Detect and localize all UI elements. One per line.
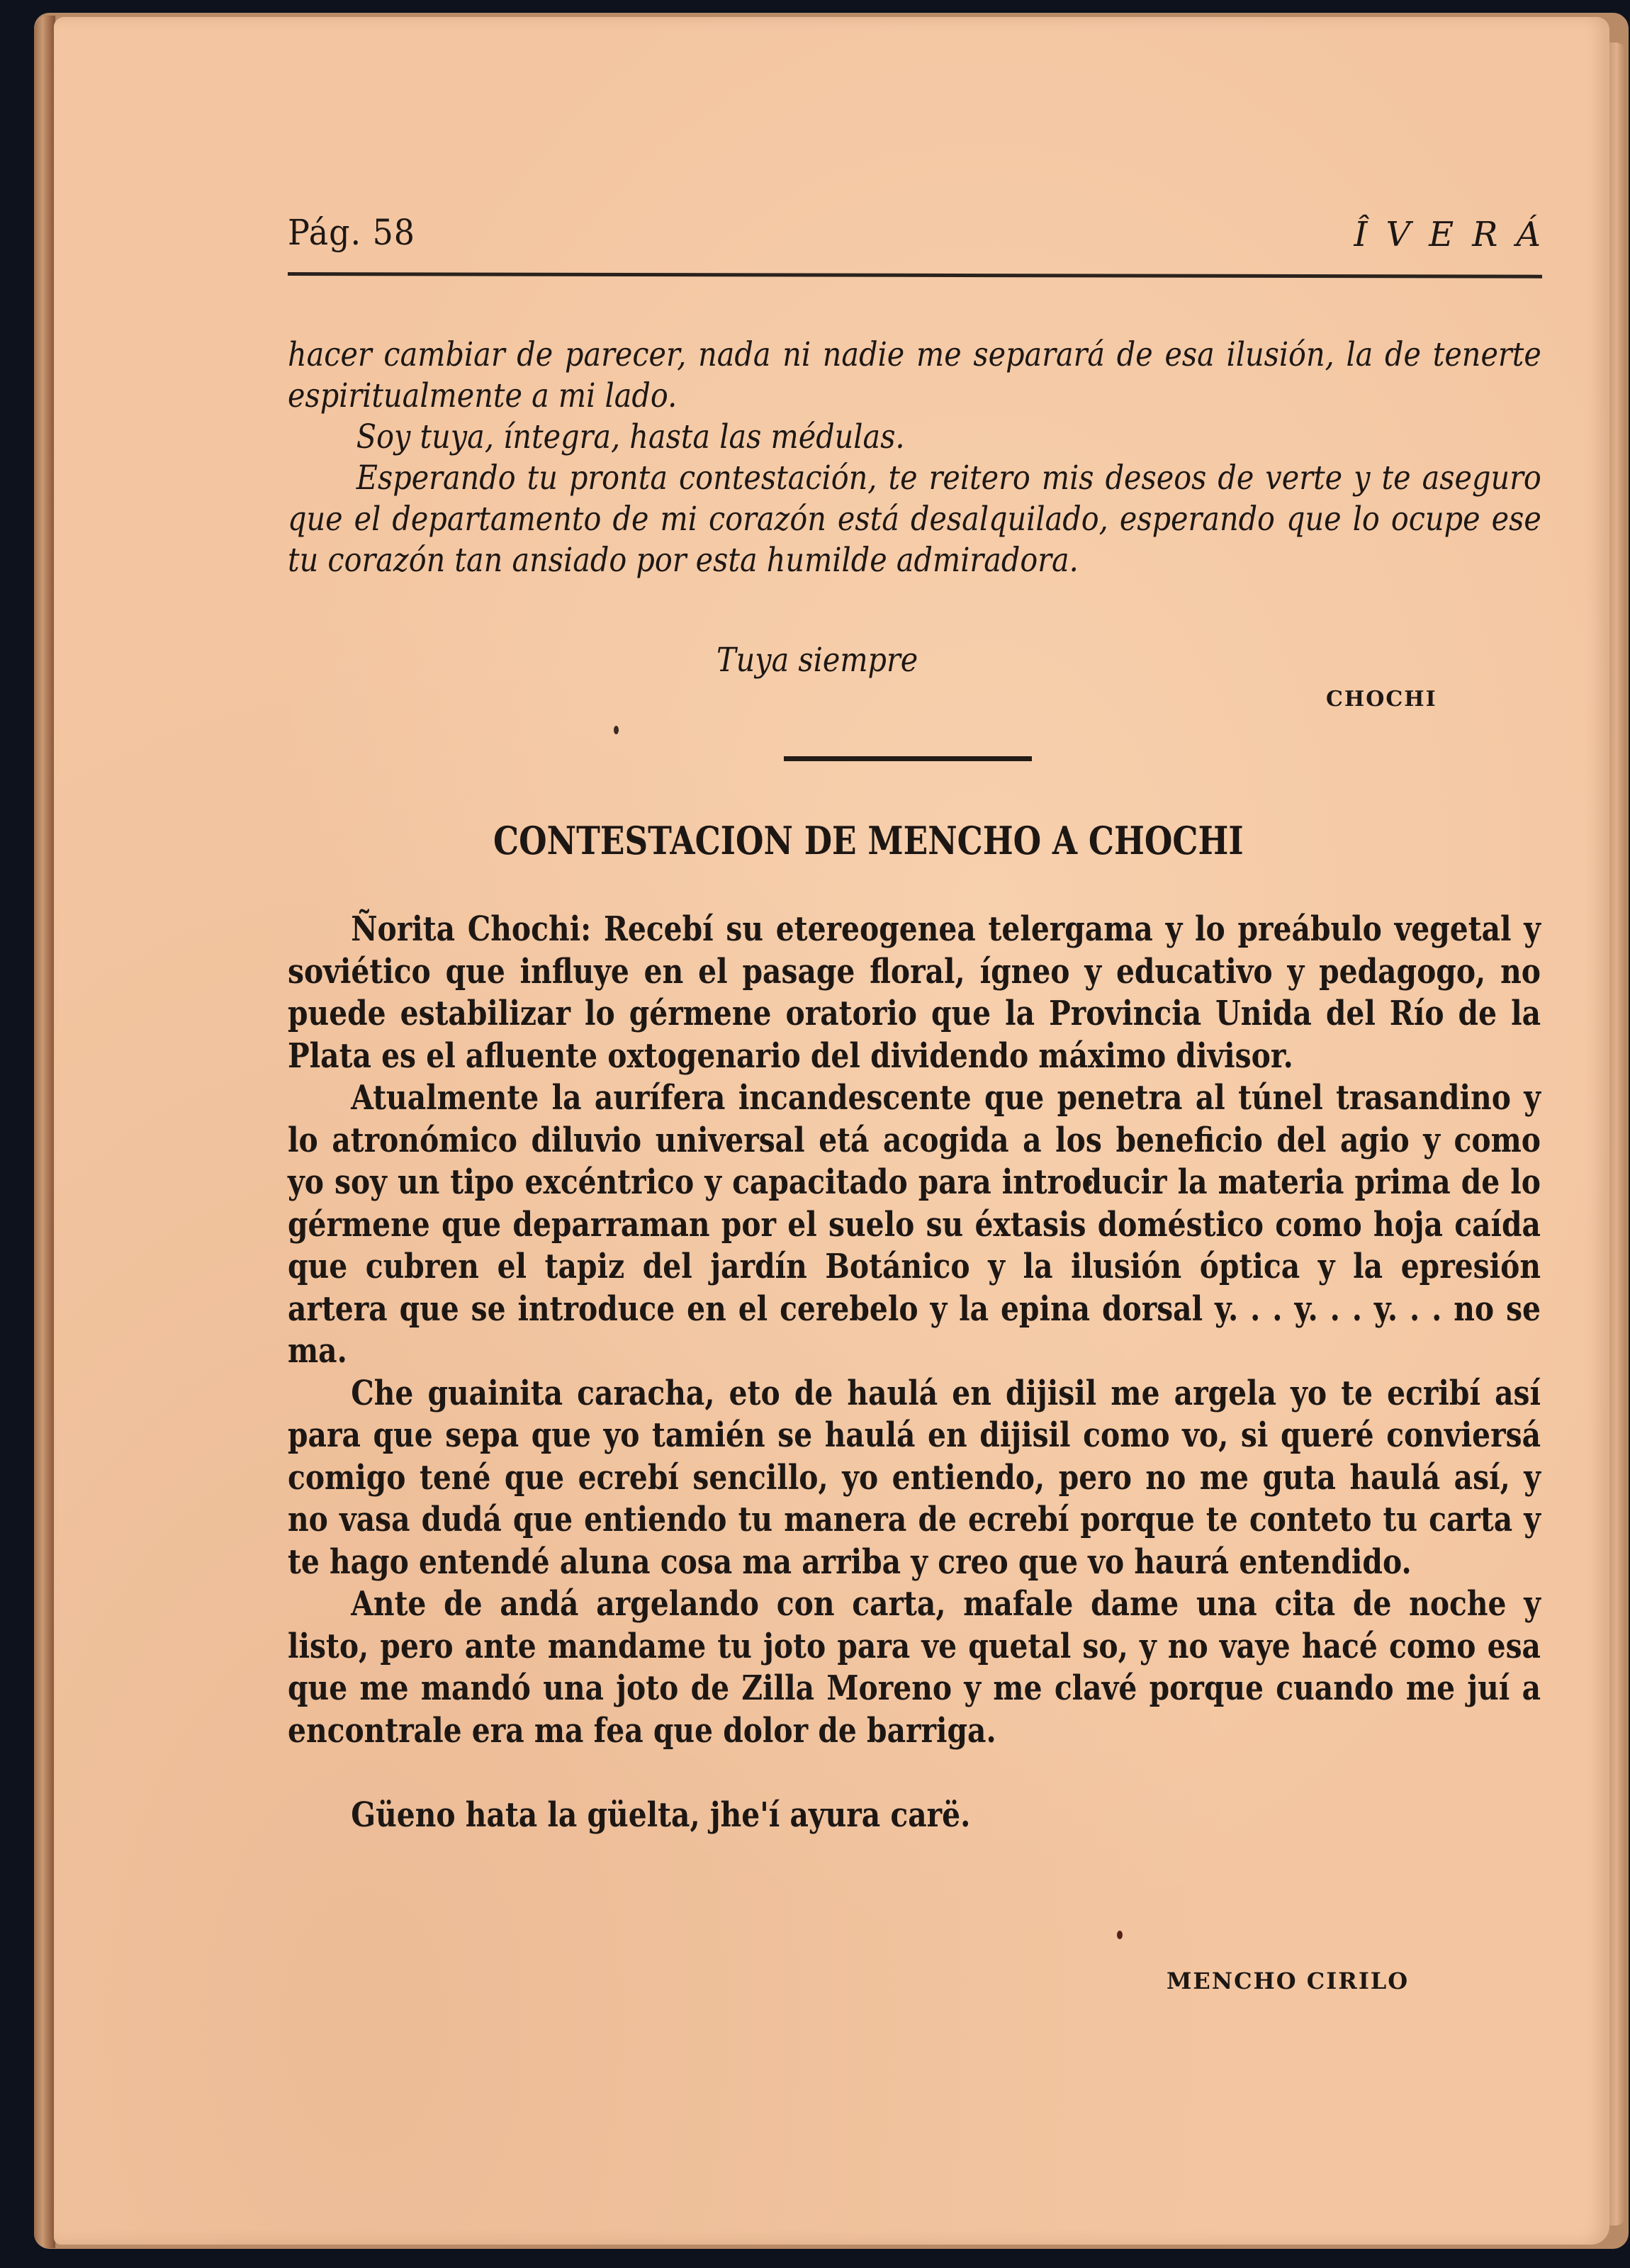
page-number: Pág. 58: [288, 212, 415, 253]
letter-signature: CHOCHI: [1326, 687, 1437, 712]
letter-closing: Tuya siempre: [716, 641, 918, 680]
journal-title: ÎVERÁ: [1354, 215, 1559, 254]
page-edges-right: [1607, 43, 1626, 2225]
reply-paragraph: Ante de andá argelando con carta, mafale…: [288, 1583, 1541, 1752]
reply-paragraph: Ñorita Chochi: Recebí su etereogenea tel…: [288, 909, 1541, 1077]
page-edges-left: [34, 16, 55, 2248]
reply-farewell: Güeno hata la güelta, jhe'í ayura carë.: [288, 1795, 1541, 1837]
letter-paragraph: Soy tuya, íntegra, hasta las médulas.: [288, 417, 1541, 458]
letter-paragraph: hacer cambiar de parecer, nada ni nadie …: [288, 335, 1541, 417]
running-header: Pág. 58 ÎVERÁ: [288, 212, 1542, 262]
reply-paragraph: Che guainita caracha, eto de haulá en di…: [288, 1373, 1541, 1584]
section-divider: [784, 756, 1032, 761]
reply-letter-body: Ñorita Chochi: Recebí su etereogenea tel…: [288, 909, 1541, 1837]
header-rule: [288, 272, 1542, 279]
reply-signature: MENCHO CIRILO: [1167, 1967, 1409, 1994]
scanned-page: Pág. 58 ÎVERÁ hacer cambiar de parecer, …: [0, 0, 1630, 2268]
ink-speck: [1117, 1931, 1123, 1939]
letter-from-chochi-ending: hacer cambiar de parecer, nada ni nadie …: [288, 335, 1541, 581]
section-title: CONTESTACION DE MENCHO A CHOCHI: [493, 818, 1244, 863]
paper-page: Pág. 58 ÎVERÁ hacer cambiar de parecer, …: [54, 17, 1609, 2245]
letter-paragraph: Esperando tu pronta contestación, te rei…: [288, 458, 1541, 581]
ink-speck: [614, 726, 619, 734]
reply-paragraph: Atualmente la aurífera incandescente que…: [288, 1077, 1541, 1373]
